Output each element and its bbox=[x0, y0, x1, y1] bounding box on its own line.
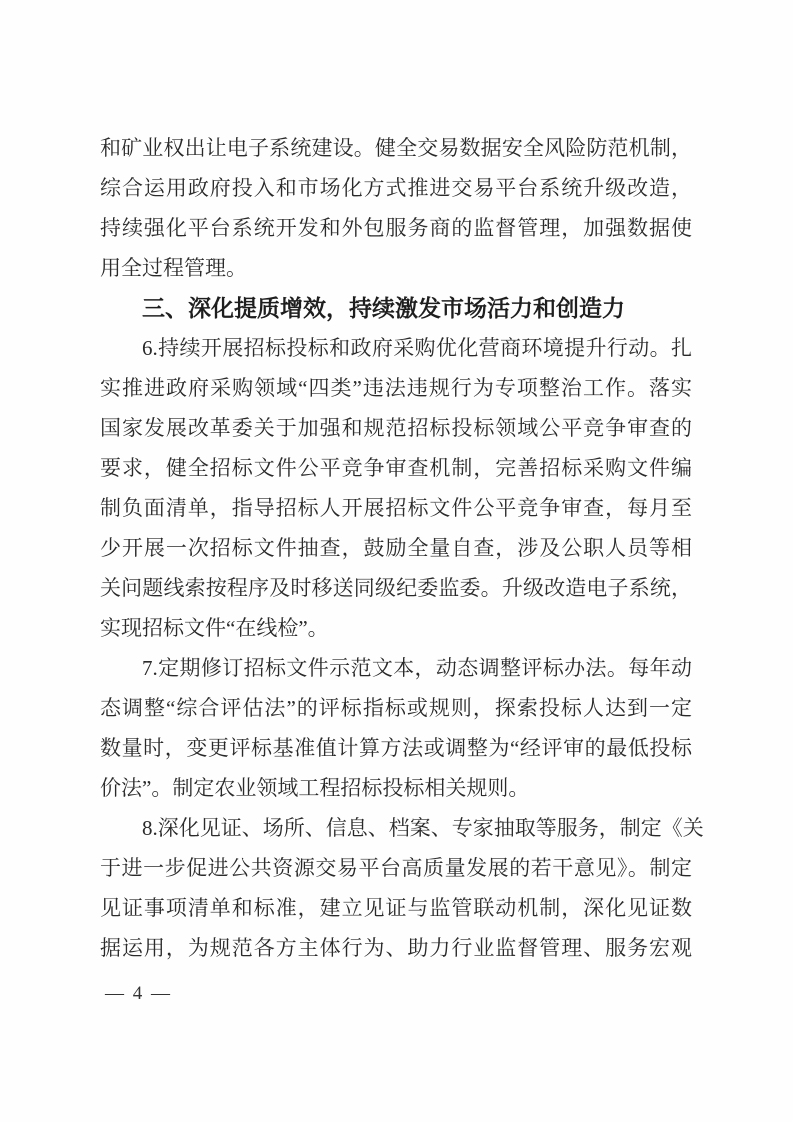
text-line: 国家发展改革委关于加强和规范招标投标领域公平竞争审查的 bbox=[100, 408, 692, 448]
text-line: 态调整“综合评估法”的评标指标或规则，探索投标人达到一定 bbox=[100, 688, 692, 728]
text-line: 7.定期修订招标文件示范文本，动态调整评标办法。每年动 bbox=[100, 648, 692, 688]
text-line: 综合运用政府投入和市场化方式推进交易平台系统升级改造， bbox=[100, 168, 692, 208]
text-line: 于进一步促进公共资源交易平台高质量发展的若干意见》。制定 bbox=[100, 848, 692, 888]
text-line: 制负面清单，指导招标人开展招标文件公平竞争审查，每月至 bbox=[100, 488, 692, 528]
text-line: 数量时，变更评标基准值计算方法或调整为“经评审的最低投标 bbox=[100, 728, 692, 768]
text-line: 见证事项清单和标准，建立见证与监管联动机制，深化见证数 bbox=[100, 888, 692, 928]
page-number: — 4 — bbox=[100, 974, 692, 1014]
text-line: 实现招标文件“在线检”。 bbox=[100, 608, 692, 648]
text-line: 价法”。制定农业领域工程招标投标相关规则。 bbox=[100, 768, 692, 808]
text-line: 8.深化见证、场所、信息、档案、专家抽取等服务，制定《关 bbox=[100, 808, 692, 848]
section-heading: 三、深化提质增效，持续激发市场活力和创造力 bbox=[100, 288, 692, 328]
text-line: 据运用，为规范各方主体行为、助力行业监督管理、服务宏观 bbox=[100, 928, 692, 968]
text-line: 关问题线索按程序及时移送同级纪委监委。升级改造电子系统， bbox=[100, 568, 692, 608]
text-line: 实推进政府采购领域“四类”违法违规行为专项整治工作。落实 bbox=[100, 368, 692, 408]
text-line: 和矿业权出让电子系统建设。健全交易数据安全风险防范机制， bbox=[100, 128, 692, 168]
document-page: 和矿业权出让电子系统建设。健全交易数据安全风险防范机制， 综合运用政府投入和市场… bbox=[0, 0, 793, 1122]
text-line: 少开展一次招标文件抽查，鼓励全量自查，涉及公职人员等相 bbox=[100, 528, 692, 568]
document-body: 和矿业权出让电子系统建设。健全交易数据安全风险防范机制， 综合运用政府投入和市场… bbox=[100, 128, 692, 1014]
text-line: 持续强化平台系统开发和外包服务商的监督管理，加强数据使 bbox=[100, 208, 692, 248]
text-line: 用全过程管理。 bbox=[100, 248, 692, 288]
text-line: 6.持续开展招标投标和政府采购优化营商环境提升行动。扎 bbox=[100, 328, 692, 368]
text-line: 要求，健全招标文件公平竞争审查机制，完善招标采购文件编 bbox=[100, 448, 692, 488]
